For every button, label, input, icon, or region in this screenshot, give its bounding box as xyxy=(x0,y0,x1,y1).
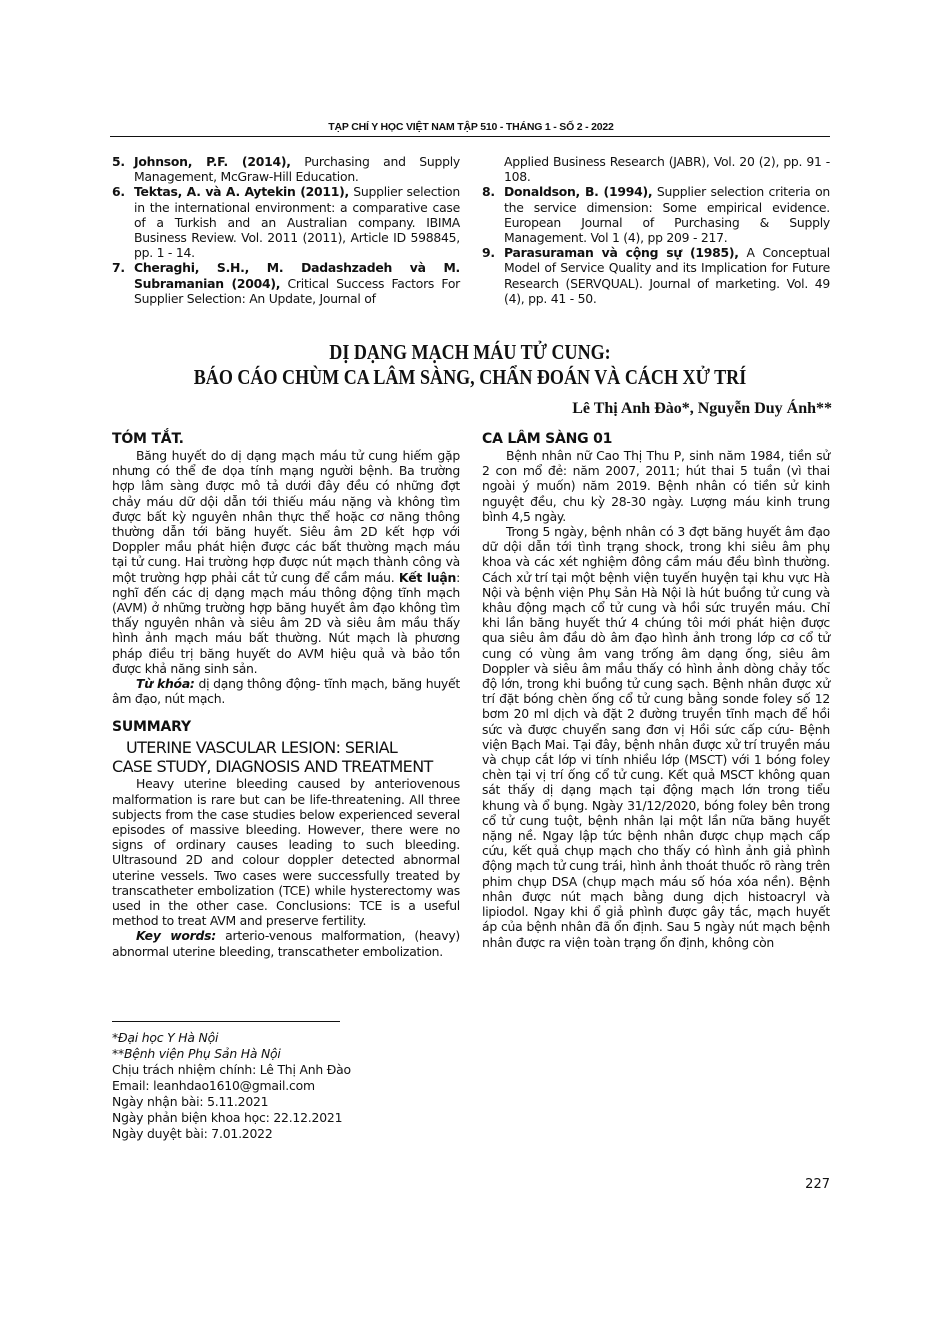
journal-page: TẠP CHÍ Y HỌC VIỆT NAM TẬP 510 - THÁNG 1… xyxy=(0,0,942,1333)
case-column: CA LÂM SÀNG 01 Bệnh nhân nữ Cao Thị Thu … xyxy=(482,430,830,950)
keywords-en: Key words: arterio-venous malformation, … xyxy=(112,928,460,958)
affiliation-1: *Đại học Y Hà Nội xyxy=(112,1030,460,1046)
reference-number: 8. xyxy=(482,184,504,245)
reference-number: 5. xyxy=(112,154,134,184)
keywords-label: Từ khóa: xyxy=(136,676,195,691)
reference-item: 8. Donaldson, B. (1994), Supplier select… xyxy=(482,184,830,245)
summary-title-line2: CASE STUDY, DIAGNOSIS AND TREATMENT xyxy=(112,757,460,776)
reference-item: 6. Tektas, A. và A. Aytekin (2011), Supp… xyxy=(112,184,460,260)
abstract-body: Băng huyết do dị dạng mạch máu tử cung h… xyxy=(112,448,460,585)
reference-item: 7. Cheraghi, S.H., M. Dadashzadeh và M. … xyxy=(112,260,460,306)
affiliation-2: **Bệnh viện Phụ Sản Hà Nội xyxy=(112,1046,460,1062)
abstract-text: Băng huyết do dị dạng mạch máu tử cung h… xyxy=(112,448,460,676)
case1-para2: Trong 5 ngày, bệnh nhân có 3 đợt băng hu… xyxy=(482,524,830,950)
abstract-column: TÓM TẮT. Băng huyết do dị dạng mạch máu … xyxy=(112,430,460,959)
article-title-line2: BÁO CÁO CHÙM CA LÂM SÀNG, CHẨN ĐOÁN VÀ C… xyxy=(160,365,779,390)
case1-heading: CA LÂM SÀNG 01 xyxy=(482,430,830,448)
conclusion-text: : nghĩ đến các dị dạng mạch máu thông độ… xyxy=(112,570,460,676)
article-title: DỊ DẠNG MẠCH MÁU TỬ CUNG: BÁO CÁO CHÙM C… xyxy=(160,340,779,390)
reference-number: 6. xyxy=(112,184,134,260)
references-left: 5. Johnson, P.F. (2014), Purchasing and … xyxy=(112,154,460,306)
reference-number: 9. xyxy=(482,245,504,306)
footnote-rule xyxy=(112,1021,340,1022)
summary-heading: SUMMARY xyxy=(112,718,460,736)
reference-author: Tektas, A. và A. Aytekin (2011), xyxy=(134,184,349,199)
footnotes: *Đại học Y Hà Nội **Bệnh viện Phụ Sản Hà… xyxy=(112,1021,460,1142)
reference-item: 5. Johnson, P.F. (2014), Purchasing and … xyxy=(112,154,460,184)
summary-text: Heavy uterine bleeding caused by anterio… xyxy=(112,776,460,928)
abstract-heading: TÓM TẮT. xyxy=(112,430,460,448)
running-head: TẠP CHÍ Y HỌC VIỆT NAM TẬP 510 - THÁNG 1… xyxy=(112,121,830,133)
case1-para1: Bệnh nhân nữ Cao Thị Thu P, sinh năm 198… xyxy=(482,448,830,524)
email[interactable]: Email: leanhdao1610@gmail.com xyxy=(112,1078,460,1094)
references-right: Applied Business Research (JABR), Vol. 2… xyxy=(482,154,830,306)
summary-title: UTERINE VASCULAR LESION: SERIAL CASE STU… xyxy=(112,738,460,776)
keywords-label-en: Key words: xyxy=(136,928,216,943)
conclusion-label: Kết luận xyxy=(399,570,456,585)
summary-title-line1: UTERINE VASCULAR LESION: SERIAL xyxy=(112,738,460,757)
keywords-vi: Từ khóa: dị dạng thông động- tĩnh mạch, … xyxy=(112,676,460,706)
article-authors: Lê Thị Anh Đào*, Nguyễn Duy Ánh** xyxy=(572,400,832,418)
reference-number: 7. xyxy=(112,260,134,306)
page-number: 227 xyxy=(805,1177,830,1192)
reference-item: 9. Parasuraman và cộng sự (1985), A Conc… xyxy=(482,245,830,306)
responsible-author: Chịu trách nhiệm chính: Lê Thị Anh Đào xyxy=(112,1062,460,1078)
reference-author: Donaldson, B. (1994), xyxy=(504,184,652,199)
article-title-line1: DỊ DẠNG MẠCH MÁU TỬ CUNG: xyxy=(160,340,779,365)
reference-author: Parasuraman và cộng sự (1985), xyxy=(504,245,739,260)
reference-continuation: Applied Business Research (JABR), Vol. 2… xyxy=(482,154,830,184)
review-date: Ngày phản biện khoa học: 22.12.2021 xyxy=(112,1110,460,1126)
header-rule xyxy=(110,136,830,137)
reference-author: Johnson, P.F. (2014), xyxy=(134,154,291,169)
received-date: Ngày nhận bài: 5.11.2021 xyxy=(112,1094,460,1110)
accepted-date: Ngày duyệt bài: 7.01.2022 xyxy=(112,1126,460,1142)
